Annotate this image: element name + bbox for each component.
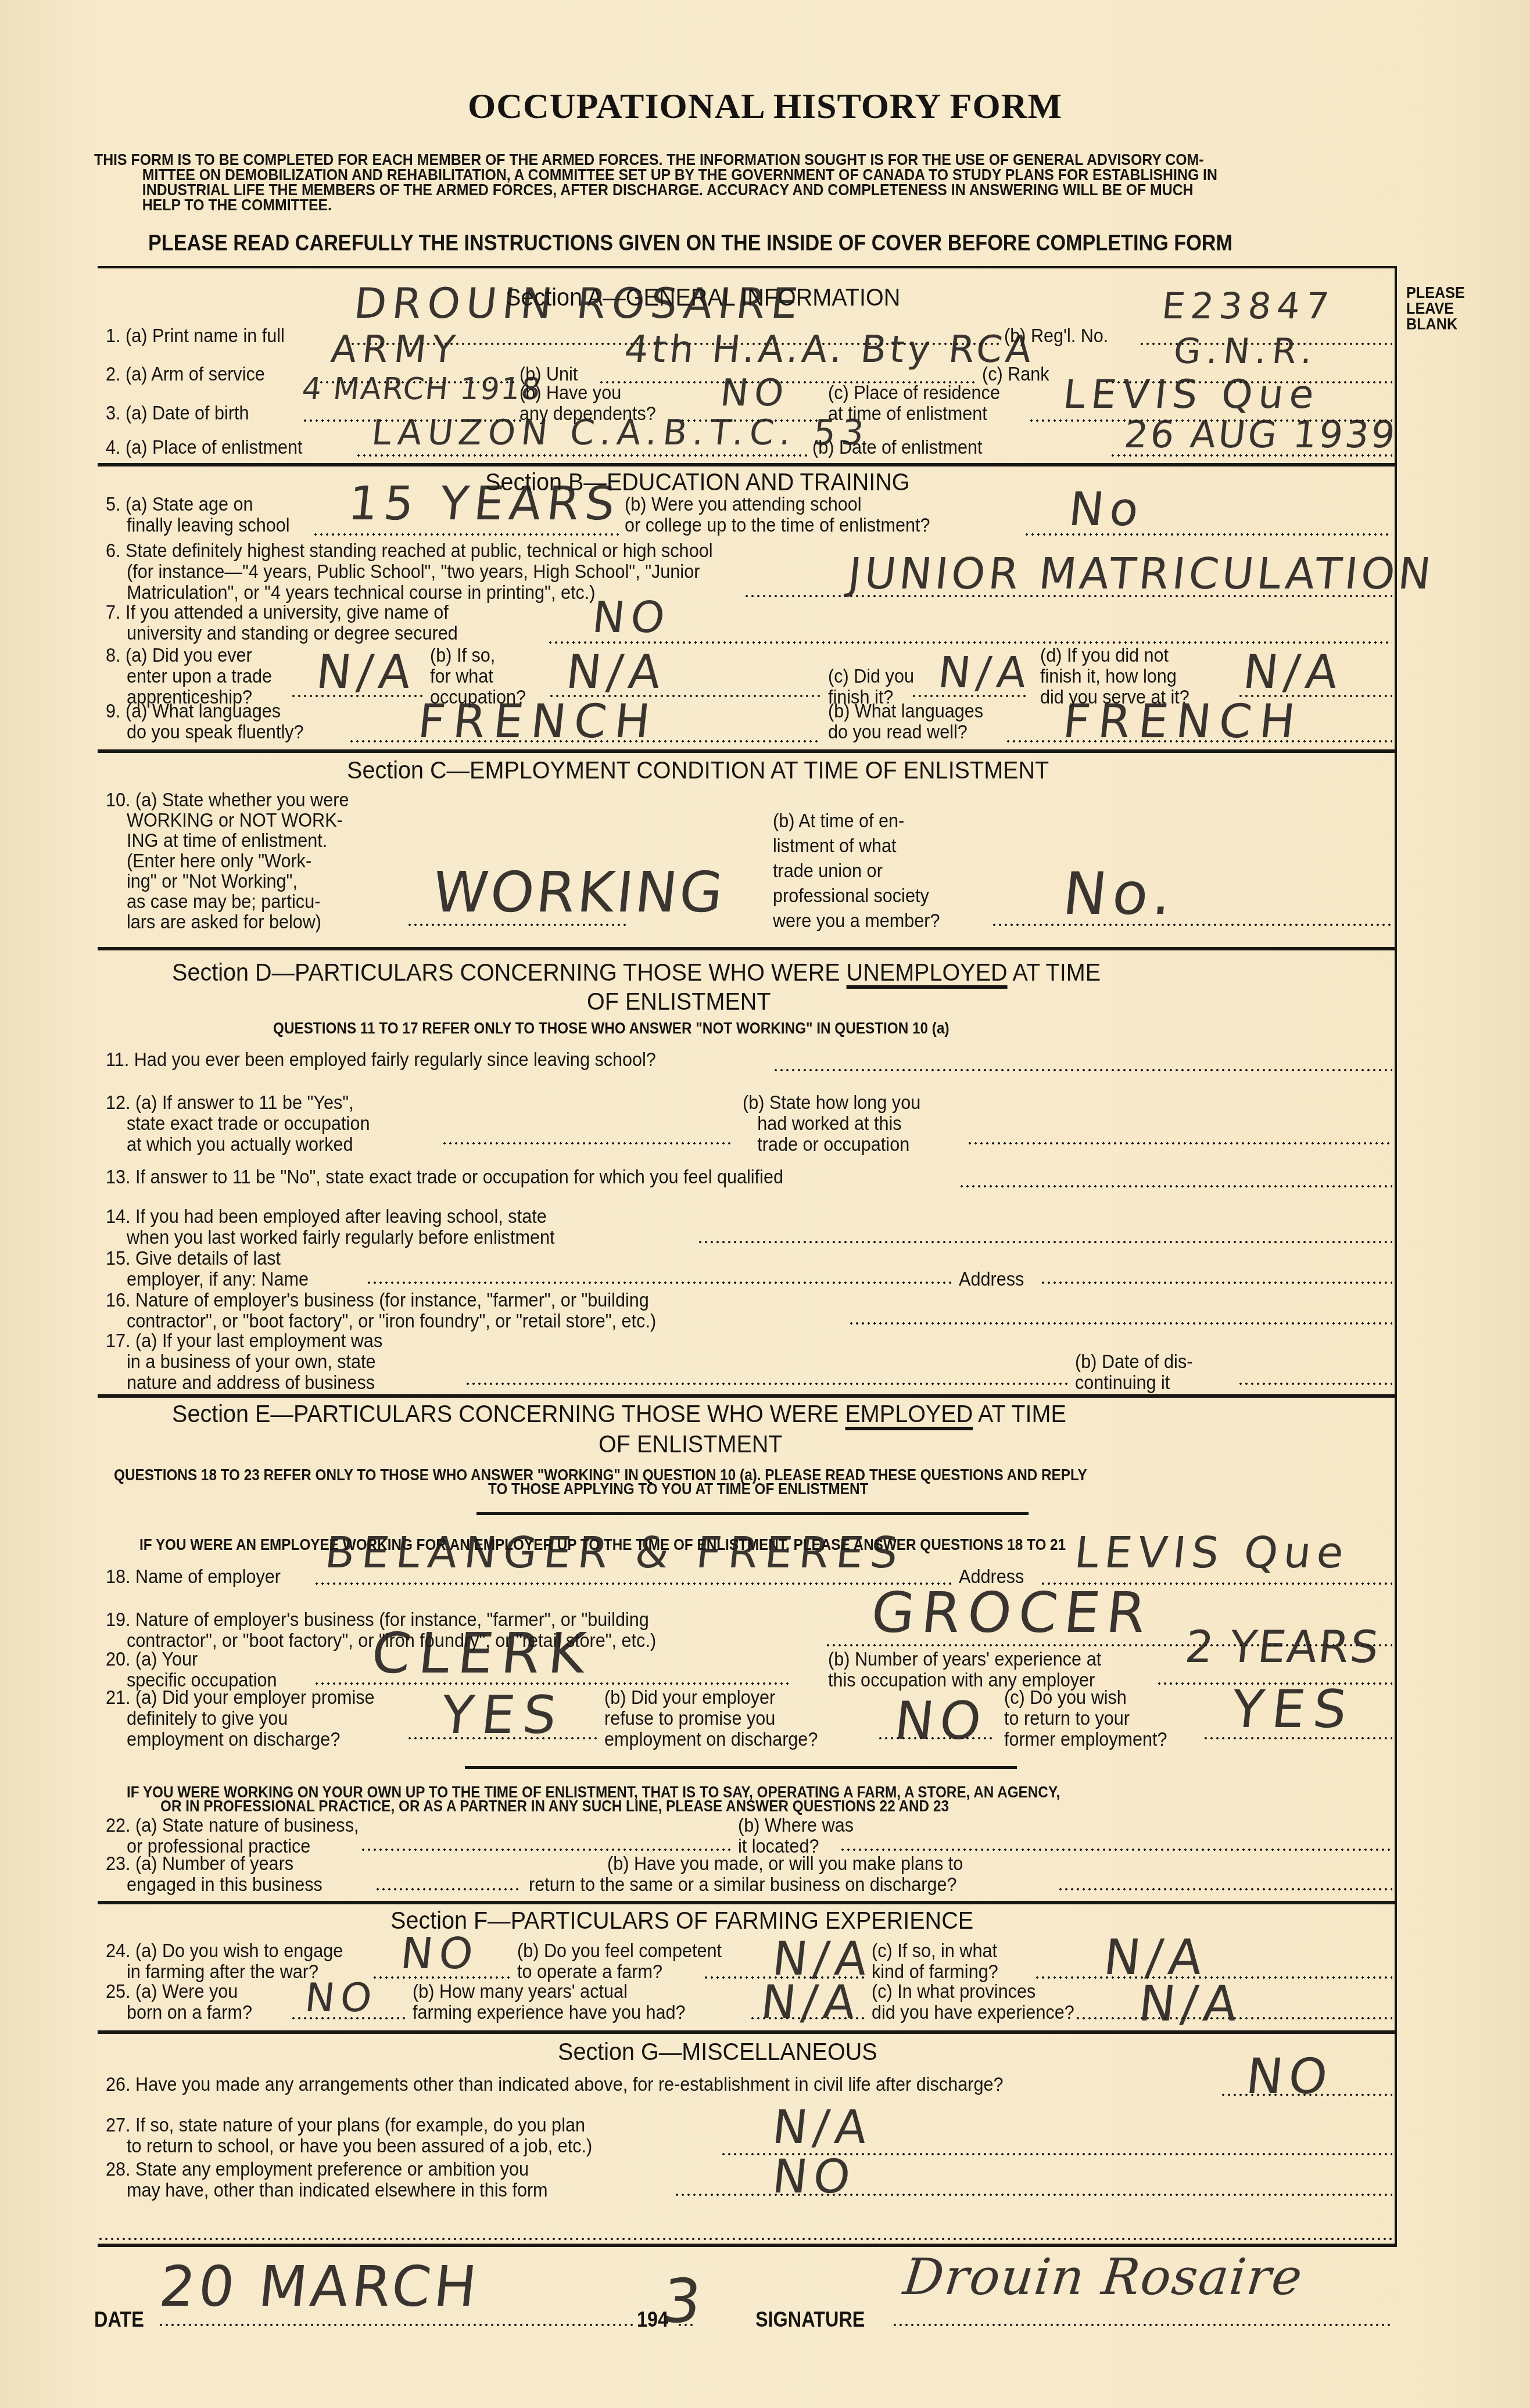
signature-field[interactable] xyxy=(892,2324,1392,2326)
last-employer-name-field[interactable] xyxy=(366,1282,953,1284)
business-location-field[interactable] xyxy=(840,1849,1392,1851)
business-nature-field[interactable] xyxy=(360,1849,732,1851)
answer-dob: 4 MARCH 1918 xyxy=(300,372,543,407)
q2a-label: 2. (a) Arm of service xyxy=(106,364,265,385)
answer-finished: N/A xyxy=(936,648,1034,698)
answer-q26: NO xyxy=(1244,2048,1336,2105)
q1a-label: 1. (a) Print name in full xyxy=(106,325,285,346)
answer-years-experience: 2 YEARS xyxy=(1183,1621,1382,1673)
section-e-note-2: TO THOSE APPLYING TO YOU AT TIME OF ENLI… xyxy=(488,1480,868,1498)
form-title: OCCUPATIONAL HISTORY FORM xyxy=(0,86,1530,127)
divider xyxy=(98,1901,1397,1904)
answer-union: No. xyxy=(1060,860,1181,928)
answer-date: 20 MARCH xyxy=(156,2254,483,2319)
discontinue-date-field[interactable] xyxy=(1238,1383,1392,1385)
q28-label: 28. State any employment preference or a… xyxy=(106,2159,548,2201)
q13-label: 13. If answer to 11 be "No", state exact… xyxy=(106,1167,783,1187)
q21b-label: (b) Did your employerrefuse to promise y… xyxy=(604,1687,818,1750)
date-field[interactable] xyxy=(158,2324,635,2326)
q8a-label: 8. (a) Did you everenter upon a tradeapp… xyxy=(106,645,272,708)
answer-enlistment-place: LAUZON C.A.B.T.C. 53 xyxy=(370,412,872,453)
q10b-label: (b) At time of en- listment of what trad… xyxy=(773,809,940,934)
answer-speak: FRENCH xyxy=(415,694,661,748)
section-c-heading: Section C—EMPLOYMENT CONDITION AT TIME O… xyxy=(347,756,1049,785)
q23b-label: (b) Have you made, or will you make plan… xyxy=(607,1853,963,1895)
answer-q24a: NO xyxy=(398,1929,481,1979)
q25c-label: (c) In what provincesdid you have experi… xyxy=(872,1981,1074,2023)
divider xyxy=(98,1394,1397,1398)
divider xyxy=(465,1766,1017,1769)
signature-label: SIGNATURE xyxy=(755,2309,865,2330)
own-business-field[interactable] xyxy=(465,1383,1069,1385)
answer-apprenticeship: N/A xyxy=(314,645,419,699)
q11-label: 11. Had you ever been employed fairly re… xyxy=(106,1049,656,1070)
q15-address-label: Address xyxy=(959,1269,1024,1290)
q10a-label: 10. (a) State whether you were WORKING o… xyxy=(106,790,349,932)
intro-paragraph: THIS FORM IS TO BE COMPLETED FOR EACH ME… xyxy=(94,152,1377,213)
date-label: DATE xyxy=(94,2309,144,2330)
q15-label: 15. Give details of lastemployer, if any… xyxy=(106,1248,309,1290)
union-field[interactable] xyxy=(991,924,1392,926)
last-worked-field[interactable] xyxy=(697,1241,1392,1243)
employer-name-field[interactable] xyxy=(314,1582,953,1585)
q20a-label: 20. (a) Yourspecific occupation xyxy=(106,1649,277,1691)
section-e-heading: Section E—PARTICULARS CONCERNING THOSE W… xyxy=(172,1400,1066,1429)
last-employer-business-field[interactable] xyxy=(848,1322,1392,1325)
answer-working: WORKING xyxy=(429,860,728,925)
answer-q27: N/A xyxy=(770,2100,875,2154)
q21c-label: (c) Do you wishto return to yourformer e… xyxy=(1004,1687,1167,1750)
divider xyxy=(98,463,1397,466)
answer-dependents: NO xyxy=(718,372,791,415)
q9a-label: 9. (a) What languagesdo you speak fluent… xyxy=(106,701,304,742)
answer-return: YES xyxy=(1228,1679,1357,1740)
instructions-notice: PLEASE READ CAREFULLY THE INSTRUCTIONS G… xyxy=(148,231,1232,256)
q5a-label: 5. (a) State age onfinally leaving schoo… xyxy=(106,494,290,536)
q12b-label: (b) State how long youhad worked at this… xyxy=(743,1092,920,1155)
divider xyxy=(98,947,1397,950)
section-d-heading-line2: OF ENLISTMENT xyxy=(587,988,771,1016)
q14-label: 14. If you had been employed after leavi… xyxy=(106,1206,554,1248)
years-business-field[interactable] xyxy=(375,1888,520,1890)
age-leaving-field[interactable] xyxy=(313,533,621,536)
q4a-label: 4. (a) Place of enlistment xyxy=(106,437,302,458)
q25a-label: 25. (a) Were youborn on a farm? xyxy=(106,1981,252,2023)
answer-age-leaving: 15 YEARS xyxy=(346,476,624,530)
q26-label: 26. Have you made any arrangements other… xyxy=(106,2074,1003,2095)
answer-q28: NO xyxy=(770,2149,859,2204)
divider xyxy=(98,266,1397,268)
q7-label: 7. If you attended a university, give na… xyxy=(106,602,458,644)
answer-name: DROUIN ROSAIRE xyxy=(352,279,806,328)
q18-label: 18. Name of employer xyxy=(106,1566,281,1587)
q27-label: 27. If so, state nature of your plans (f… xyxy=(106,2115,592,2156)
qualified-trade-field[interactable] xyxy=(959,1185,1392,1187)
answer-unit: 4th H.A.A. Bty RCA xyxy=(622,328,1037,371)
q12a-label: 12. (a) If answer to 11 be "Yes",state e… xyxy=(106,1092,370,1155)
section-d-note: QUESTIONS 11 TO 17 REFER ONLY TO THOSE W… xyxy=(273,1020,949,1038)
answer-q25b: N/A xyxy=(758,1975,863,2029)
answer-how-long: N/A xyxy=(1241,645,1346,699)
q5b-label: (b) Were you attending schoolor college … xyxy=(625,494,930,536)
q17a-label: 17. (a) If your last employment wasin a … xyxy=(106,1330,382,1393)
employed-regularly-field[interactable] xyxy=(773,1069,1392,1071)
q17b-label: (b) Date of dis-continuing it xyxy=(1075,1351,1192,1393)
answer-promise: YES xyxy=(438,1685,567,1746)
divider xyxy=(98,2030,1397,2034)
trade-worked-field[interactable] xyxy=(442,1142,732,1144)
answer-occupation: N/A xyxy=(564,645,669,699)
answer-q25c: N/A xyxy=(1136,1975,1246,2032)
answer-university: NO xyxy=(590,593,673,643)
answer-employer-address: LEVIS Que xyxy=(1072,1528,1352,1578)
q23a-label: 23. (a) Number of yearsengaged in this b… xyxy=(106,1853,323,1895)
q3a-label: 3. (a) Date of birth xyxy=(106,403,249,424)
divider xyxy=(476,1512,1029,1515)
answer-business: GROCER xyxy=(868,1580,1156,1645)
please-leave-blank-label: PLEASE LEAVE BLANK xyxy=(1406,285,1465,332)
form-page: OCCUPATIONAL HISTORY FORM THIS FORM IS T… xyxy=(0,0,1530,2408)
answer-highest-standing: JUNIOR MATRICULATION xyxy=(845,549,1436,599)
section-e-heading-line2: OF ENLISTMENT xyxy=(599,1430,783,1459)
intro-line: INDUSTRIAL LIFE THE MEMBERS OF THE ARMED… xyxy=(94,182,1377,198)
q21a-label: 21. (a) Did your employer promisedefinit… xyxy=(106,1687,375,1750)
q22b-label: (b) Where wasit located? xyxy=(738,1815,854,1857)
answer-arm: ARMY xyxy=(329,328,463,371)
q24b-label: (b) Do you feel competentto operate a fa… xyxy=(517,1940,722,1982)
answer-attending: No xyxy=(1066,482,1147,536)
divider xyxy=(98,2244,1397,2247)
university-field[interactable] xyxy=(547,641,1392,644)
intro-line: MITTEE ON DEMOBILIZATION AND REHABILITAT… xyxy=(94,167,1377,182)
answer-employer: BELANGER & FRERES xyxy=(323,1528,907,1578)
extra-line-field[interactable] xyxy=(98,2238,1392,2240)
answer-enlistment-date: 26 AUG 1939 xyxy=(1122,414,1399,457)
answer-refuse: NO xyxy=(891,1691,990,1752)
q20b-label: (b) Number of years' experience atthis o… xyxy=(828,1649,1101,1691)
enlistment-place-field[interactable] xyxy=(356,454,809,457)
q25b-label: (b) How many years' actualfarming experi… xyxy=(413,1981,686,2023)
divider xyxy=(98,749,1397,753)
section-d-heading: Section D—PARTICULARS CONCERNING THOSE W… xyxy=(172,959,1101,987)
answer-year: 3 xyxy=(659,2266,711,2337)
q24c-label: (c) If so, in whatkind of farming? xyxy=(872,1940,998,1982)
q16-label: 16. Nature of employer's business (for i… xyxy=(106,1290,656,1332)
intro-line: HELP TO THE COMMITTEE. xyxy=(94,198,1377,213)
q22a-label: 22. (a) State nature of business,or prof… xyxy=(106,1815,359,1857)
answer-regl-no: E23847 xyxy=(1160,285,1336,327)
return-business-field[interactable] xyxy=(1058,1888,1392,1890)
section-g-heading: Section G—MISCELLANEOUS xyxy=(558,2038,877,2066)
answer-read: FRENCH xyxy=(1060,694,1306,748)
last-employer-address-field[interactable] xyxy=(1040,1282,1392,1284)
answer-q25a: NO xyxy=(303,1975,380,2021)
own-business-note-2: OR IN PROFESSIONAL PRACTICE, OR AS A PAR… xyxy=(160,1797,949,1815)
trade-duration-field[interactable] xyxy=(967,1142,1392,1144)
q9b-label: (b) What languagesdo you read well? xyxy=(828,701,983,742)
answer-occupation: CLERK xyxy=(368,1621,597,1686)
answer-residence: LEVIS Que xyxy=(1061,372,1322,418)
answer-rank: G.N.R. xyxy=(1171,331,1320,372)
signature: Drouin Rosaire xyxy=(901,2248,1306,2306)
